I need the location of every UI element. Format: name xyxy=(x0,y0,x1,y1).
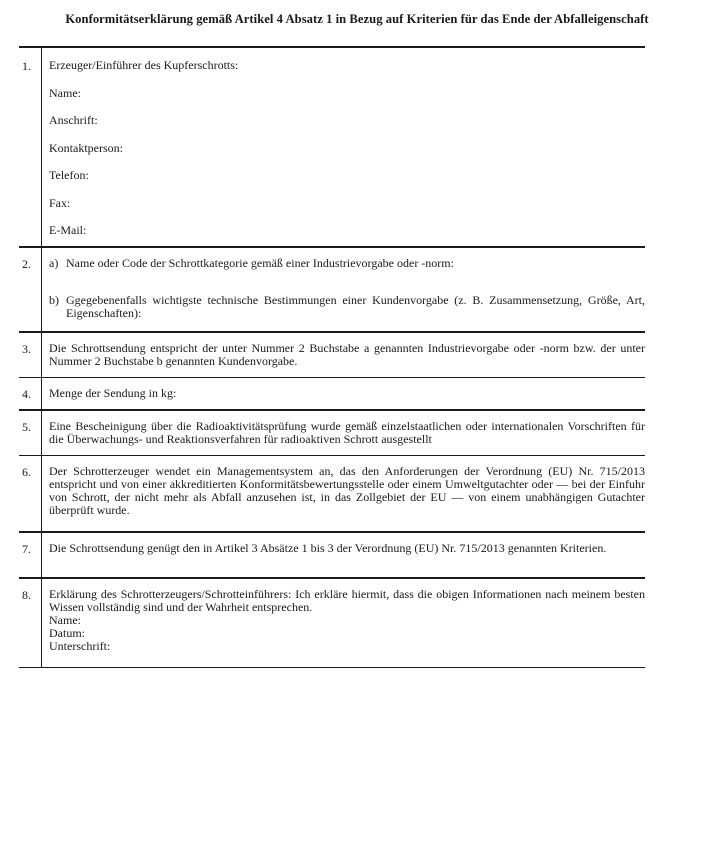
row-number-text: 2. xyxy=(22,257,31,271)
item-b-text: Ggegebenenfalls wichtigste technische Be… xyxy=(66,294,645,320)
producer-heading: Erzeuger/Einführer des Kupferschrotts: xyxy=(49,59,645,87)
signature-date-label: Datum: xyxy=(49,627,645,640)
row-content: Eine Bescheinigung über die Radioaktivit… xyxy=(42,411,645,455)
table-row-6: 6. Der Schrotterzeuger wendet ein Manage… xyxy=(19,455,645,531)
item-b: b) Ggegebenenfalls wichtigste technische… xyxy=(49,294,645,320)
table-row-5: 5. Eine Bescheinigung über die Radioakti… xyxy=(19,409,645,455)
table-row-3: 3. Die Schrottsendung entspricht der unt… xyxy=(19,331,645,377)
field-contact-label: Kontaktperson: xyxy=(49,142,645,170)
document-title: Konformitätserklärung gemäß Artikel 4 Ab… xyxy=(0,12,714,27)
row-number-text: 8. xyxy=(22,588,31,602)
field-email-label: E-Mail: xyxy=(49,224,645,237)
row-number-text: 6. xyxy=(22,465,31,479)
row-number: 7. xyxy=(19,533,42,577)
table-row-2: 2. a) Name oder Code der Schrottkategori… xyxy=(19,246,645,331)
row-number: 4. xyxy=(19,378,42,409)
signature-name-label: Name: xyxy=(49,614,645,627)
field-name-label: Name: xyxy=(49,87,645,115)
field-phone-label: Telefon: xyxy=(49,169,645,197)
signature-label: Unterschrift: xyxy=(49,640,645,653)
declaration-table: 1. Erzeuger/Einführer des Kupferschrotts… xyxy=(19,46,645,668)
table-row-4: 4. Menge der Sendung in kg: xyxy=(19,377,645,409)
field-address-label: Anschrift: xyxy=(49,114,645,142)
row-content: Erzeuger/Einführer des Kupferschrotts: N… xyxy=(42,48,645,246)
row-number-text: 3. xyxy=(22,342,31,356)
row-number-text: 1. xyxy=(22,59,31,73)
row-content: Erklärung des Schrotterzeugers/Schrottei… xyxy=(42,579,645,667)
row-content: Die Schrottsendung entspricht der unter … xyxy=(42,333,645,377)
declaration-text: Erklärung des Schrotterzeugers/Schrottei… xyxy=(49,588,645,614)
table-row-8: 8. Erklärung des Schrotterzeugers/Schrot… xyxy=(19,577,645,668)
row-content: Der Schrotterzeuger wendet ein Managemen… xyxy=(42,456,645,531)
row-number-text: 7. xyxy=(22,542,31,556)
table-row-7: 7. Die Schrottsendung genügt den in Arti… xyxy=(19,531,645,577)
row-number: 1. xyxy=(19,48,42,246)
row-number: 8. xyxy=(19,579,42,667)
item-a: a) Name oder Code der Schrottkategorie g… xyxy=(49,257,645,294)
row-number: 6. xyxy=(19,456,42,531)
field-fax-label: Fax: xyxy=(49,197,645,225)
row-content: a) Name oder Code der Schrottkategorie g… xyxy=(42,248,645,331)
row-number: 3. xyxy=(19,333,42,377)
row-content: Die Schrottsendung genügt den in Artikel… xyxy=(42,533,645,577)
item-a-text: Name oder Code der Schrottkategorie gemä… xyxy=(66,257,645,294)
item-a-label: a) xyxy=(49,257,66,294)
row-number-text: 5. xyxy=(22,420,31,434)
row-number-text: 4. xyxy=(22,387,31,401)
row-number: 5. xyxy=(19,411,42,455)
item-b-label: b) xyxy=(49,294,66,320)
table-row-1: 1. Erzeuger/Einführer des Kupferschrotts… xyxy=(19,46,645,246)
row-number: 2. xyxy=(19,248,42,331)
row-content: Menge der Sendung in kg: xyxy=(42,378,645,409)
